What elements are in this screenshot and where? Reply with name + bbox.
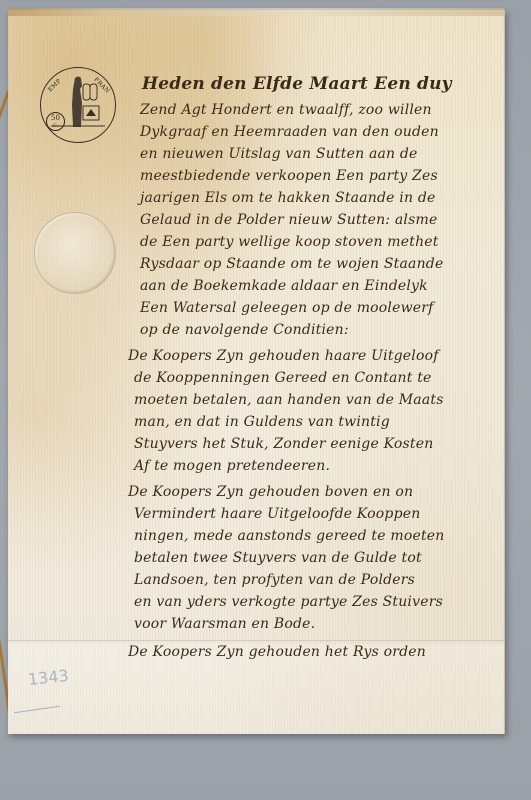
text-line: betalen twee Stuyvers van de Gulde tot [134, 550, 422, 566]
fold-line [8, 640, 504, 641]
text-line: Stuyvers het Stuk, Zonder eenige Kosten [134, 436, 433, 452]
stamp-value-unit: C. [47, 124, 64, 128]
text-line: Vermindert haare Uitgeloofde Kooppen [134, 506, 420, 522]
text-line: en nieuwen Uitslag van Sutten aan de [140, 146, 418, 162]
tax-stamp: EMP FRAN 50 C. [40, 67, 116, 143]
text-line: en van yders verkogte partye Zes Stuiver… [134, 594, 443, 610]
page-top-edge [8, 8, 504, 16]
text-line: man, en dat in Guldens van twintig [134, 414, 390, 430]
text-line: Gelaud in de Polder nieuw Sutten: alsme [140, 212, 437, 228]
text-line: meestbiedende verkoopen Een party Zes [140, 168, 438, 184]
text-line: Dykgraaf en Heemraaden van den ouden [140, 124, 439, 140]
stamp-figure-icon [41, 68, 115, 142]
text-line: De Koopers Zyn gehouden het Rys orden [128, 644, 426, 660]
stamp-value: 50 C. [46, 112, 65, 131]
text-line: op de navolgende Conditien: [140, 322, 349, 338]
text-line: de Kooppenningen Gereed en Contant te [134, 370, 432, 386]
embossed-seal-icon [34, 212, 116, 294]
text-line: Landsoen, ten profyten van de Polders [134, 572, 415, 588]
text-line: jaarigen Els om te hakken Staande in de [140, 190, 435, 206]
text-line: Zend Agt Hondert en twaalff, zoo willen [140, 102, 432, 118]
text-line: aan de Boekemkade aldaar en Eindelyk [140, 278, 428, 294]
text-line: Een Watersal geleegen op de moolewerf [140, 300, 434, 316]
text-line: De Koopers Zyn gehouden haare Uitgeloof [128, 348, 439, 364]
text-line: voor Waarsman en Bode. [134, 616, 315, 632]
text-line: De Koopers Zyn gehouden boven en on [128, 484, 413, 500]
stamp-value-number: 50 [51, 114, 60, 122]
text-line: de Een party wellige koop stoven methet [140, 234, 439, 250]
text-line: moeten betalen, aan handen van de Maats [134, 392, 444, 408]
text-line: ningen, mede aanstonds gereed te moeten [134, 528, 445, 544]
text-line: Af te mogen pretendeeren. [134, 458, 330, 474]
text-line: Rysdaar op Staande om te wojen Staande [140, 256, 443, 272]
text-line: Heden den Elfde Maart Een duy [142, 74, 452, 94]
